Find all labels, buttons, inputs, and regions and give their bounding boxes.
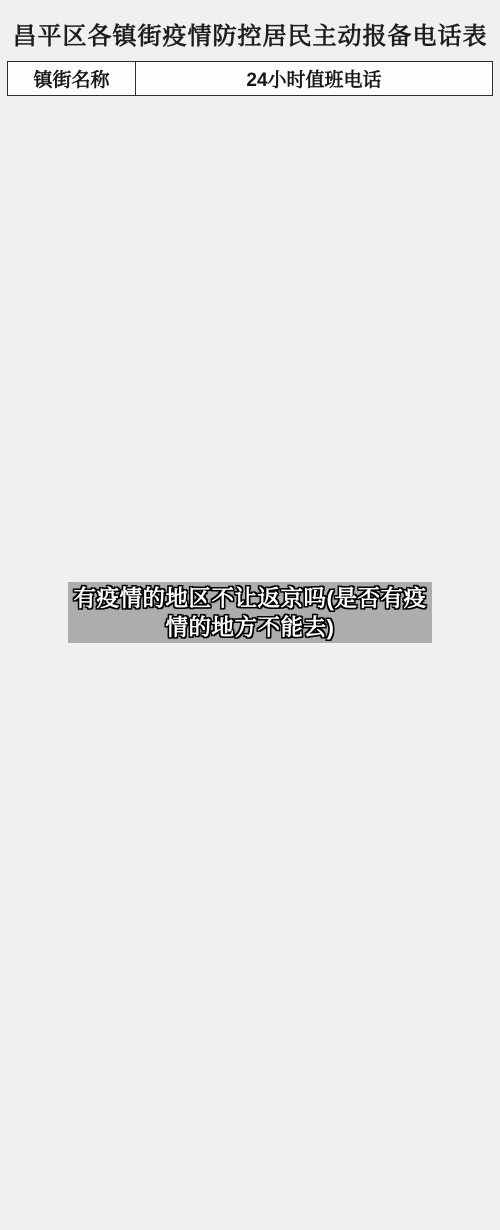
watermark-overlay: 有疫情的地区不让返京吗(是否有疫 情的地方不能去) bbox=[68, 582, 432, 643]
header-row: 镇街名称 24小时值班电话 bbox=[8, 62, 493, 96]
page-title: 昌平区各镇街疫情防控居民主动报备电话表 bbox=[0, 0, 500, 61]
col-header-town-name: 镇街名称 bbox=[8, 62, 136, 96]
phone-table: 镇街名称 24小时值班电话 bbox=[7, 61, 493, 96]
col-header-24h-phone: 24小时值班电话 bbox=[136, 62, 493, 96]
watermark-line2: 情的地方不能去) bbox=[166, 613, 335, 642]
watermark-line1: 有疫情的地区不让返京吗(是否有疫 bbox=[74, 584, 427, 613]
